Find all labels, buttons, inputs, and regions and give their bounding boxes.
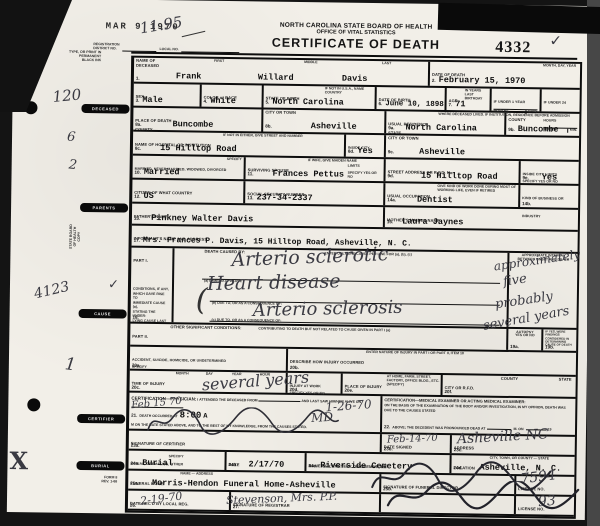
district-number-handwritten: 11.95 [138, 13, 183, 38]
ssn-value: 237-34-2337 [256, 192, 312, 203]
race-value: White [210, 96, 236, 106]
field-father: FATHER'S NAME 15.Pinkney Walter Davis [132, 204, 385, 228]
field-death-city: CITY OR TOWN 8b.Asheville [263, 109, 386, 133]
hospital-value: 15 Hilltop Road [160, 143, 237, 154]
margin-mark-4123: 4123 [33, 279, 71, 303]
residence-city-value: Asheville [419, 147, 465, 158]
field-burial-type: BURIAL, CREMATION, OTHER SPECIFY 24a.Bur… [128, 451, 226, 470]
field-under-1-year: IF UNDER 1 YEAR MONTHS DAYS [491, 89, 541, 112]
cause-conditions-column: PART I. CONDITIONS, IF ANY, WHICH GAVE R… [130, 248, 174, 323]
field-state-of-birth: STATE OF BIRTH IF NOT IN U.S.A., NAME CO… [263, 85, 376, 109]
margin-mark-6: 6 [66, 129, 76, 145]
field-inside-city-residence: INSIDE CITY LIMITS SPECIFY YES OR NO 9e.… [520, 161, 578, 184]
field-business: KIND OF BUSINESS OR INDUSTRY 14b. [520, 185, 578, 208]
spouse-value: Frances Pettus [273, 169, 345, 180]
age-value: 71 [455, 99, 465, 109]
field-funeral-home: FUNERAL HOME NAME — ADDRESS 25a.Morris-H… [128, 471, 381, 493]
margin-mark-x: X [9, 446, 28, 475]
field-age: AGE IN YEARS LAST BIRTHDAY 7.71 [446, 88, 491, 111]
pen-dash [182, 31, 206, 37]
mother-value: Laura Jaynes [402, 216, 463, 227]
scan-edge-strip [587, 0, 600, 526]
field-citizen: CITIZEN OF WHAT COUNTRY 12.US [132, 180, 245, 204]
tab-parents: PARENTS [80, 203, 128, 213]
certificate-form: DECEASED PARENTS CAUSE CERTIFIER BURIAL … [125, 56, 582, 519]
name-first: Frank [176, 71, 202, 81]
inside-city-residence-value: Yes [542, 172, 557, 182]
tab-burial: BURIAL [76, 461, 124, 471]
field-name-of-deceased: NAME OFDECEASED FIRST MIDDLE LAST 1. Fra… [134, 58, 430, 86]
field-surviving-spouse: SURVIVING SPOUSE IF WIFE, GIVE MAIDEN NA… [245, 157, 385, 181]
residence-county-value: Buncombe [518, 124, 559, 135]
field-residence-city: CITY OR TOWN 9c.Asheville [386, 135, 579, 160]
copy-designation: STATE BOARD OF HEALTH COPY [70, 212, 82, 262]
field-street-address: STREET ADDRESS OR R.F.D. No. 9d.15 Hillt… [385, 159, 520, 183]
field-other-conditions: PART II. OTHER SIGNIFICANT CONDITIONS: C… [130, 324, 508, 350]
name-last: Davis [342, 74, 368, 84]
occupation-value: Dentist [417, 195, 453, 205]
district-no-blank [122, 45, 156, 51]
field-marital-status: MARRIED, NEVER MARRIED, WIDOWED, DIVORCE… [133, 156, 246, 180]
date-of-death-value: February 15, 1970 [439, 75, 526, 86]
death-county-value: Buncombe [172, 119, 213, 130]
street-address-value: 15 Hilltop Road [421, 171, 498, 182]
burial-date-value: 2/17/70 [248, 459, 284, 469]
burial-type-value: Burial [142, 458, 173, 468]
field-under-24-hours: IF UNDER 24 HOURS HOURS MIN. [541, 89, 579, 112]
field-occupation: USUAL OCCUPATION GIVE KIND OF WORK DONE … [385, 183, 520, 207]
field-how-injury-occurred: DESCRIBE HOW INJURY OCCURRED ENTER NATUR… [288, 349, 576, 375]
margin-mark-2: 2 [68, 157, 78, 173]
field-date-of-death: DATE OF DEATH MONTH, DAY, YEAR 2.Februar… [430, 62, 580, 88]
tab-cause: CAUSE [79, 309, 127, 319]
field-burial-date: DATE 24b.2/17/70 [226, 452, 306, 471]
tab-certifier: CERTIFIER [77, 414, 125, 424]
field-race: COLOR or RACE 4.White [202, 85, 264, 108]
tab-deceased: DECEASED [81, 104, 129, 114]
field-injury-location: CITY OR R.F.D. COUNTY STATE 20f. [442, 375, 575, 397]
residence-state-value: North Carolina [405, 122, 477, 133]
field-place-of-injury: PLACE OF INJURY AT HOME, FARM, STREET, F… [343, 374, 443, 395]
header-checkmark: ✓ [549, 31, 562, 49]
margin-mark-120: 120 [52, 85, 82, 106]
cause-b-handwritten: Heart disease [207, 270, 341, 295]
certifier-signature [142, 406, 342, 439]
field-death-county: PLACE OF DEATH COUNTY 8a.Buncombe [133, 108, 263, 132]
field-autopsy-findings: IF YES, WERE FINDINGS CONSIDERED IN DETE… [543, 329, 576, 350]
scanned-death-certificate: MAR 9 1970 11.95 REGISTRATIONDISTRICT NO… [0, 0, 600, 526]
hole-punch-bottom [27, 398, 40, 411]
handwritten-brace: ( [196, 283, 208, 318]
field-mother: MOTHER'S MAIDEN NAME 16.Laura Jaynes [385, 207, 578, 230]
death-city-value: Asheville [311, 121, 357, 132]
certificate-number: 4332 [495, 39, 531, 58]
field-residence-state: USUAL RESIDENCE WHERE DECEASED LIVED. IF… [386, 111, 506, 135]
inside-city-death-value: Yes [357, 146, 372, 156]
citizen-value: US [143, 191, 153, 201]
field-inside-city-death: INSIDE CITY LIMITS SPECIFY YES OR NO 8d.… [346, 135, 386, 158]
top-right-redaction [438, 3, 600, 34]
date-signed-handwritten: Feb-14-70 [387, 433, 438, 446]
name-middle: Willard [258, 72, 294, 82]
field-accident-type: ACCIDENT, SUICIDE, HOMICIDE, OR UNDETERM… [130, 347, 288, 371]
registrar-signature-2 [384, 479, 584, 514]
attended-from-blank [259, 395, 301, 402]
field-date-of-birth: DATE OF BIRTH 6.June 10, 1898 [376, 87, 446, 110]
field-autopsy: AUTOPSY YES OR NO 19a. [508, 329, 543, 350]
margin-checkmark: ✓ [108, 277, 119, 292]
field-hospital: NAME OF HOSPITAL OR INSTITUTION IF NOT I… [133, 132, 346, 157]
father-value: Pinkney Walter Davis [151, 213, 253, 224]
sex-value: Male [142, 95, 163, 105]
form-number: FORM 8 REV. 1-68 [73, 476, 117, 484]
marital-status-value: Married [144, 167, 180, 177]
state-of-birth-value: North Carolina [272, 97, 344, 108]
certificate-paper: MAR 9 1970 11.95 REGISTRATIONDISTRICT NO… [7, 0, 592, 520]
field-sex: SEX 3.Male [134, 84, 202, 107]
date-of-birth-value: June 10, 1898 [385, 100, 444, 109]
page-title: CERTIFICATE OF DEATH [218, 35, 493, 53]
cause-c-handwritten: Arterio sclerosis [252, 297, 402, 321]
margin-mark-1: 1 [64, 354, 77, 375]
field-ssn: SOCIAL SECURITY NUMBER 13.237-34-2337 [245, 181, 385, 205]
